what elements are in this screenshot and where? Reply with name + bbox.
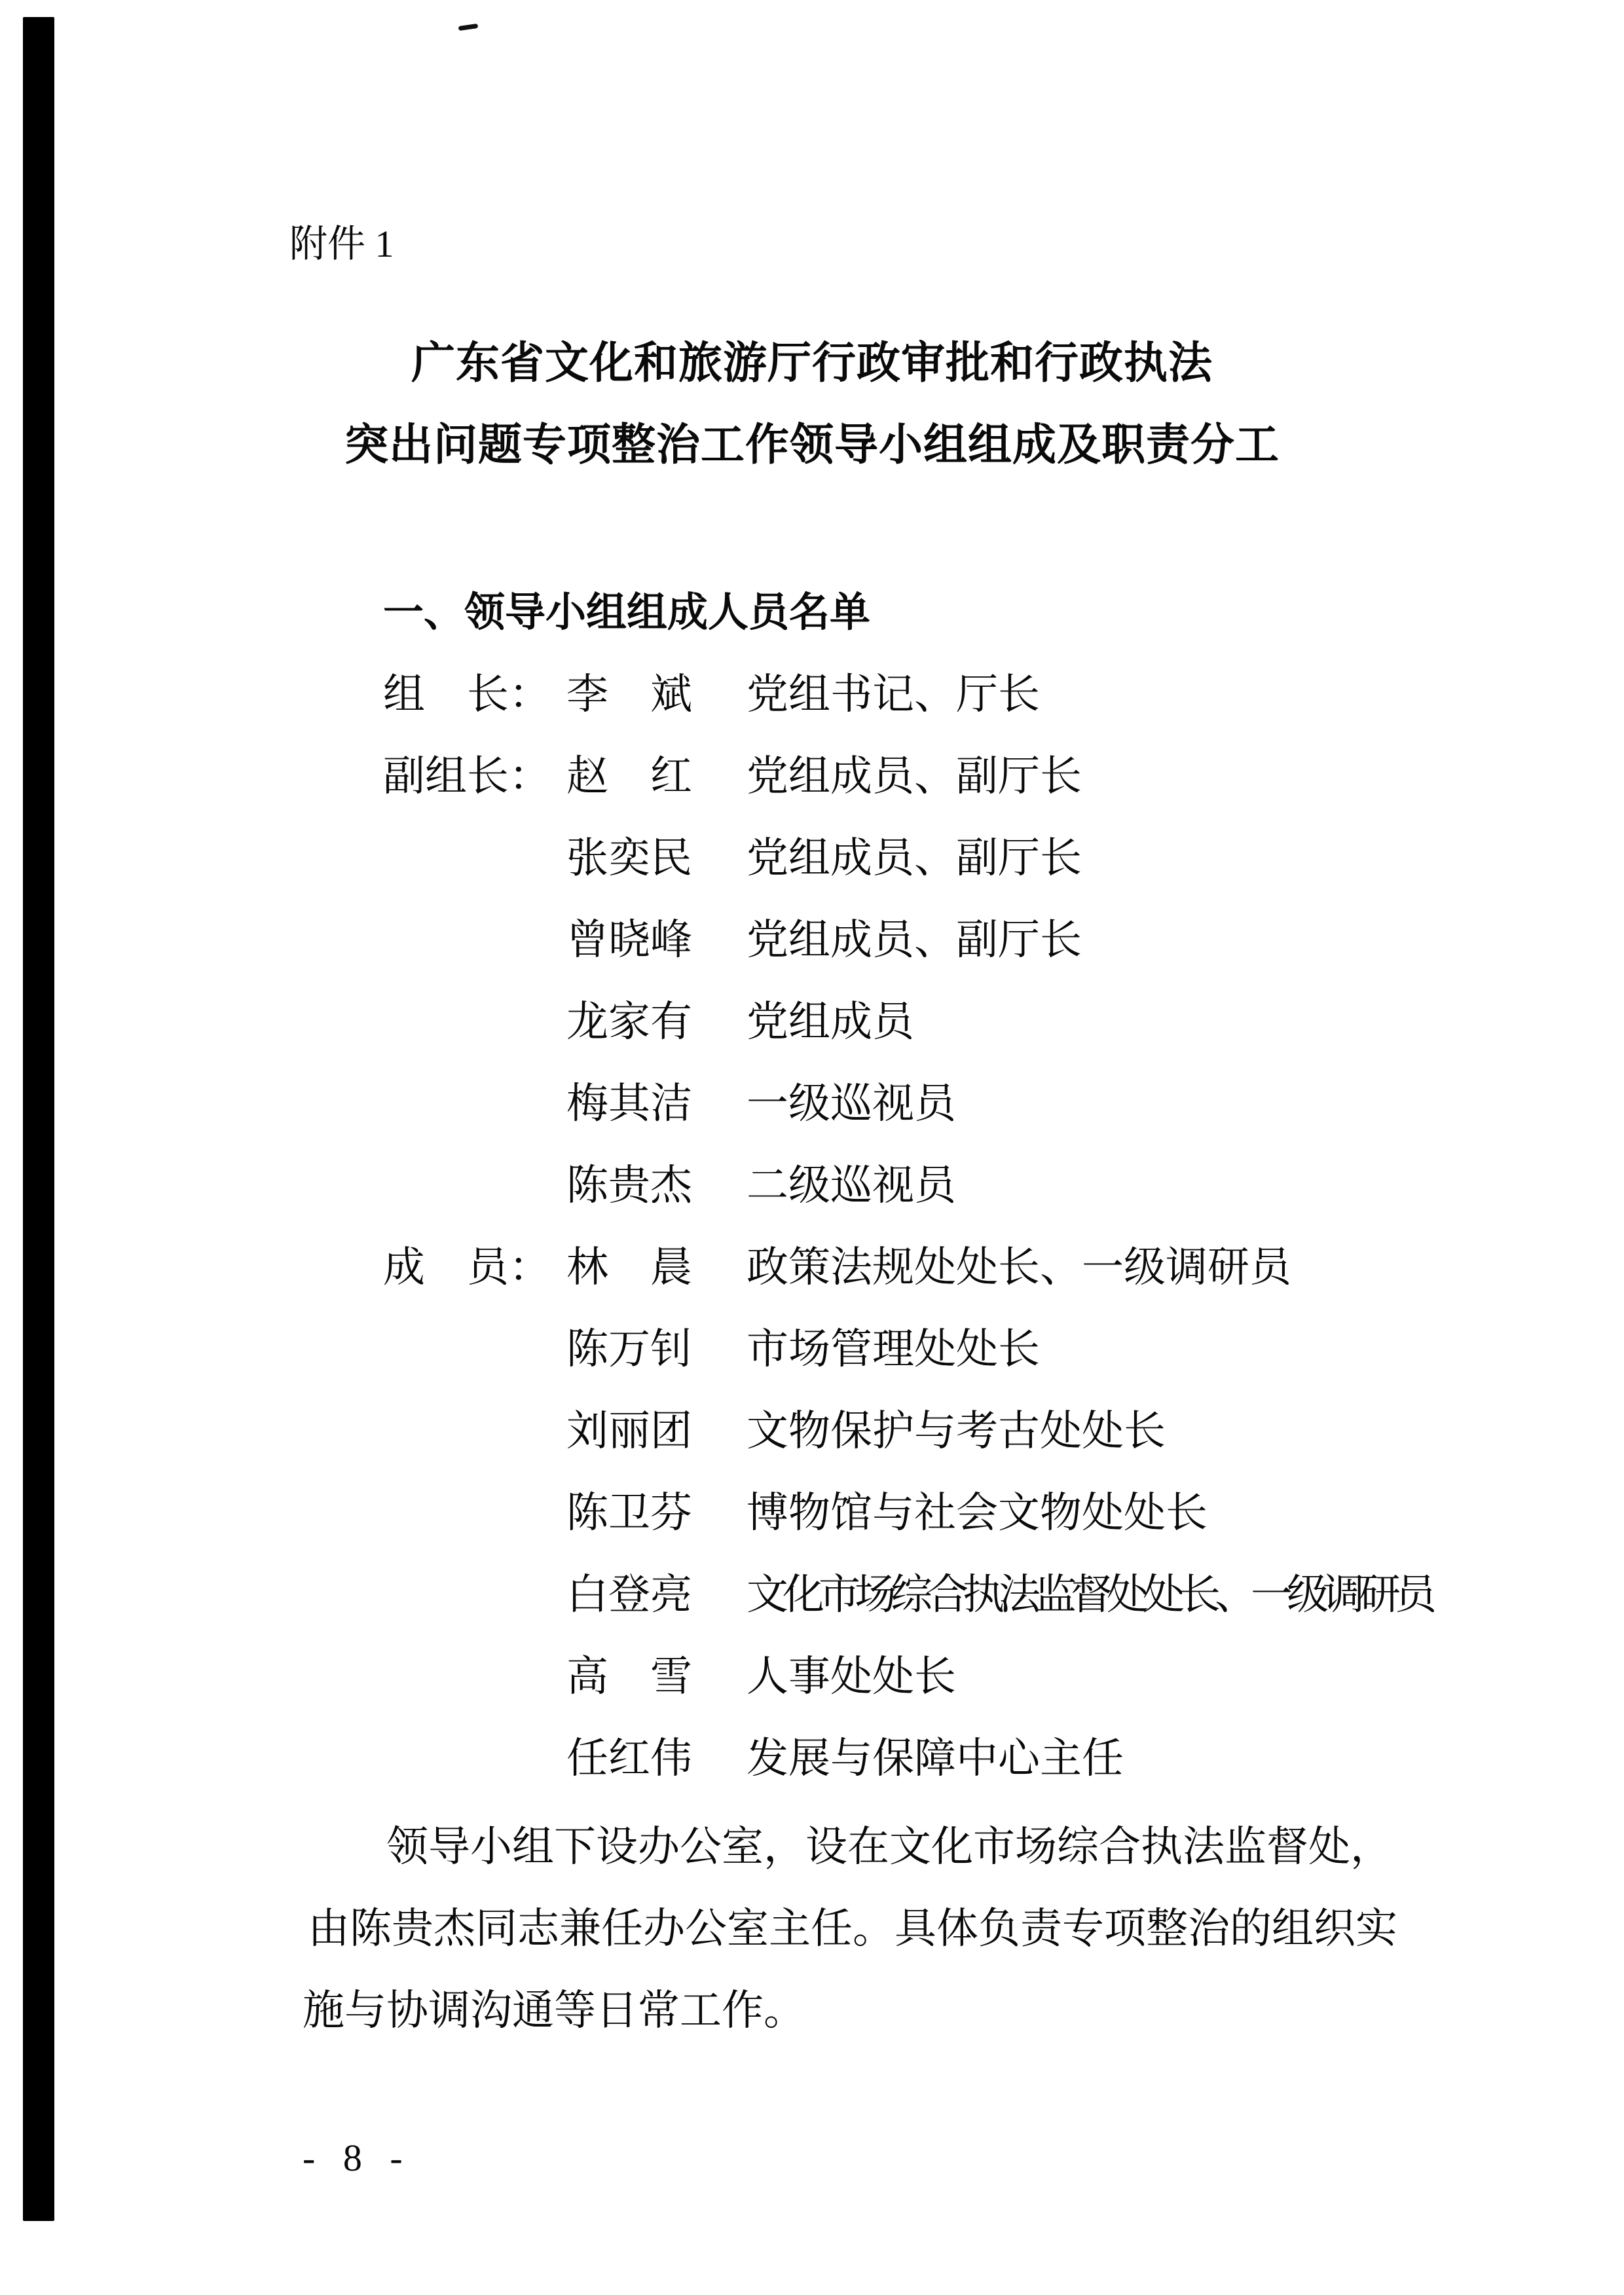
member-role: [383, 1472, 566, 1554]
roster-row: 成 员： 林 晨 政策法规处处长、一级调研员: [383, 1226, 1431, 1308]
member-role: [383, 981, 566, 1063]
member-name: 刘丽团: [566, 1390, 747, 1472]
roster-row: 陈卫芬 博物馆与社会文物处处长: [383, 1472, 1431, 1554]
member-role: 成 员：: [383, 1226, 566, 1308]
member-name: 林 晨: [566, 1226, 747, 1308]
member-name: 曾晓峰: [566, 899, 747, 981]
member-title: 文化市场综合执法监督处处长、一级调研员: [747, 1554, 1431, 1636]
roster-row: 副组长： 赵 红 党组成员、副厅长: [383, 735, 1431, 817]
member-title: 一级巡视员: [747, 1063, 956, 1145]
scan-artifact: [458, 24, 479, 31]
member-role: [383, 817, 566, 899]
page-number: - 8 -: [303, 2136, 412, 2180]
paragraph-line: 领导小组下设办公室，设在文化市场综合执法监督处，: [386, 1806, 1397, 1888]
roster-row: 梅其洁 一级巡视员: [383, 1063, 1431, 1145]
member-title: 党组书记、厅长: [747, 653, 1040, 735]
roster-row: 张奕民 党组成员、副厅长: [383, 817, 1431, 899]
member-role: 组 长：: [383, 653, 566, 735]
roster-row: 陈贵杰 二级巡视员: [383, 1145, 1431, 1226]
roster-row: 组 长： 李 斌 党组书记、厅长: [383, 653, 1431, 735]
roster-row: 白登亮 文化市场综合执法监督处处长、一级调研员: [383, 1554, 1431, 1636]
member-title: 发展与保障中心主任: [747, 1717, 1124, 1799]
member-title: 党组成员: [747, 981, 914, 1063]
member-name: 任红伟: [566, 1717, 747, 1799]
member-role: [383, 1063, 566, 1145]
title-line-2: 突出问题专项整治工作领导小组组成及职责分工: [0, 405, 1624, 487]
paragraph-line: 施与协调沟通等日常工作。: [303, 1970, 1397, 2051]
member-role: [383, 1717, 566, 1799]
member-title: 党组成员、副厅长: [747, 735, 1082, 817]
member-title: 政策法规处处长、一级调研员: [747, 1226, 1291, 1308]
member-name: 陈贵杰: [566, 1145, 747, 1226]
member-name: 高 雪: [566, 1636, 747, 1717]
member-title: 二级巡视员: [747, 1145, 956, 1226]
member-title: 党组成员、副厅长: [747, 899, 1082, 981]
member-role: [383, 1308, 566, 1390]
member-name: 白登亮: [566, 1554, 747, 1636]
paragraph-line: 由陈贵杰同志兼任办公室主任。具体负责专项整治的组织实: [308, 1888, 1397, 1970]
section-heading: 一、领导小组组成人员名单: [383, 589, 870, 637]
member-role: [383, 1636, 566, 1717]
member-role: [383, 1554, 566, 1636]
member-role: 副组长：: [383, 735, 566, 817]
member-title: 人事处处长: [747, 1636, 956, 1717]
title-line-1: 广东省文化和旅游厅行政审批和行政执法: [0, 323, 1624, 405]
closing-paragraph: 领导小组下设办公室，设在文化市场综合执法监督处， 由陈贵杰同志兼任办公室主任。具…: [308, 1806, 1397, 2051]
roster-row: 龙家有 党组成员: [383, 981, 1431, 1063]
member-name: 李 斌: [566, 653, 747, 735]
attachment-label: 附件 1: [289, 221, 394, 267]
document-page: 附件 1 广东省文化和旅游厅行政审批和行政执法 突出问题专项整治工作领导小组组成…: [0, 0, 1624, 2295]
member-title: 文物保护与考古处处长: [747, 1390, 1166, 1472]
roster-row: 高 雪 人事处处长: [383, 1636, 1431, 1717]
roster-row: 曾晓峰 党组成员、副厅长: [383, 899, 1431, 981]
member-role: [383, 899, 566, 981]
member-name: 梅其洁: [566, 1063, 747, 1145]
member-name: 陈万钊: [566, 1308, 747, 1390]
member-role: [383, 1390, 566, 1472]
member-name: 赵 红: [566, 735, 747, 817]
document-title: 广东省文化和旅游厅行政审批和行政执法 突出问题专项整治工作领导小组组成及职责分工: [0, 323, 1624, 487]
member-name: 陈卫芬: [566, 1472, 747, 1554]
roster-row: 陈万钊 市场管理处处长: [383, 1308, 1431, 1390]
roster-list: 组 长： 李 斌 党组书记、厅长 副组长： 赵 红 党组成员、副厅长 张奕民 党…: [383, 653, 1431, 1799]
member-name: 龙家有: [566, 981, 747, 1063]
roster-row: 刘丽团 文物保护与考古处处长: [383, 1390, 1431, 1472]
member-role: [383, 1145, 566, 1226]
roster-row: 任红伟 发展与保障中心主任: [383, 1717, 1431, 1799]
member-title: 博物馆与社会文物处处长: [747, 1472, 1208, 1554]
member-title: 市场管理处处长: [747, 1308, 1040, 1390]
member-name: 张奕民: [566, 817, 747, 899]
member-title: 党组成员、副厅长: [747, 817, 1082, 899]
